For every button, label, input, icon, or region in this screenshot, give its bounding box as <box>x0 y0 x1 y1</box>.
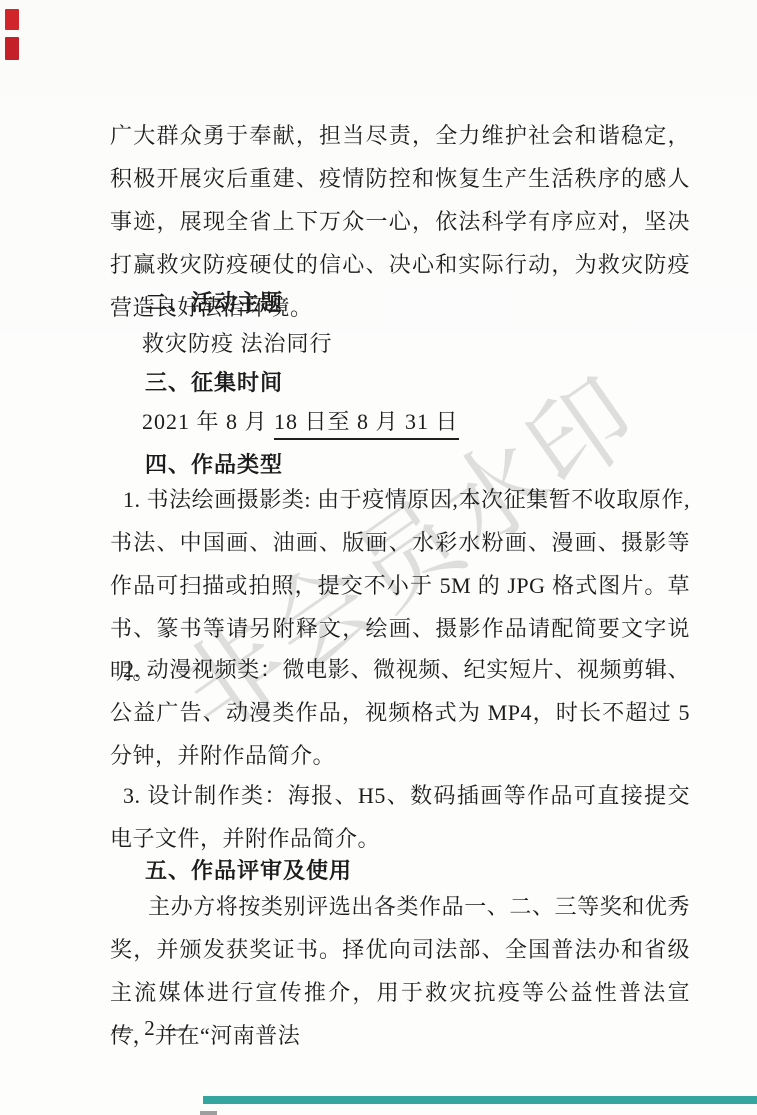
red-scan-artifact-top <box>5 9 19 30</box>
red-scan-artifact-bottom <box>5 37 19 60</box>
scanned-document-page: 非会员水印 广大群众勇于奉献，担当尽责，全力维护社会和谐稳定，积极开展灾后重建、… <box>0 0 757 1115</box>
page-number: — 2 — <box>112 1016 190 1041</box>
activity-theme-line: 救灾防疫 法治同行 <box>142 331 333 357</box>
section4-heading: 四、作品类型 <box>145 452 283 478</box>
date-underlined-range: 18 日至 8 月 31 日 <box>274 409 459 440</box>
teal-scanner-bar-artifact <box>203 1096 757 1104</box>
section2-heading: 二、活动主题 <box>145 290 283 316</box>
work-type-item-2: 2. 动漫视频类：微电影、微视频、纪实短片、视频剪辑、公益广告、动漫类作品，视频… <box>110 648 690 777</box>
section3-heading: 三、征集时间 <box>145 370 283 396</box>
scan-speck-artifact <box>200 1111 217 1115</box>
review-usage-paragraph: 主办方将按类别评选出各类作品一、二、三等奖和优秀奖，并颁发获奖证书。择优向司法部… <box>110 885 690 1057</box>
work-type-item-3: 3. 设计制作类：海报、H5、数码插画等作品可直接提交电子文件，并附作品简介。 <box>110 774 690 860</box>
collection-date-line: 2021 年 8 月 18 日至 8 月 31 日 <box>142 409 459 435</box>
date-prefix: 2021 年 8 月 <box>142 409 274 434</box>
section5-heading: 五、作品评审及使用 <box>145 858 352 884</box>
